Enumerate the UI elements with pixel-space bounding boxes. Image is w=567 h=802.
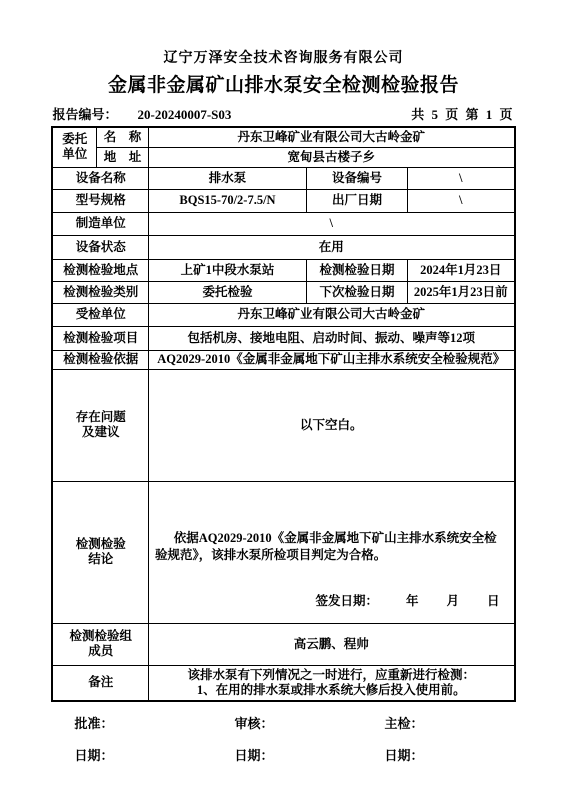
- device-no-value: \: [407, 167, 514, 189]
- status-value: 在用: [148, 235, 514, 259]
- row-remarks: 备注 该排水泵有下列情况之一时进行，应重新进行检测： 1、在用的排水泵或排水系统…: [52, 665, 514, 701]
- client-addr-value: 宽甸县古楼子乡: [148, 147, 514, 167]
- location-value: 上矿1中段水泵站: [148, 259, 306, 281]
- signature-footer: 批准： 审核： 主检： 日期： 日期： 日期：: [53, 713, 515, 764]
- model-label: 型号规格: [52, 189, 148, 212]
- sign-day-label: 日: [487, 594, 500, 609]
- sign-month-label: 月: [446, 594, 459, 609]
- items-label: 检测检验项目: [52, 326, 148, 350]
- problems-label: 存在问题 及建议: [52, 369, 148, 481]
- signature-date-row: 日期： 日期： 日期：: [53, 745, 515, 764]
- problems-value: 以下空白。: [148, 369, 514, 481]
- signature-row: 批准： 审核： 主检：: [53, 713, 515, 732]
- device-no-label: 设备编号: [306, 167, 407, 189]
- category-label: 检测检验类别: [52, 281, 148, 303]
- inspect-date-label: 检测检验日期: [306, 259, 407, 281]
- remarks-line-1: 该排水泵有下列情况之一时进行，应重新进行检测：: [151, 668, 512, 683]
- row-problems: 存在问题 及建议 以下空白。: [52, 369, 514, 481]
- row-inspected-unit: 受检单位 丹东卫峰矿业有限公司大古岭金矿: [52, 303, 514, 326]
- row-team: 检测检验组 成员 高云鹏、程帅: [52, 623, 514, 665]
- row-status: 设备状态 在用: [52, 235, 514, 259]
- inspected-unit-label: 受检单位: [52, 303, 148, 326]
- manufacturer-value: \: [148, 212, 514, 235]
- inspect-date-value: 2024年1月23日: [407, 259, 514, 281]
- report-no-label: 报告编号：: [53, 104, 118, 123]
- report-no-value: 20-20240007-S03: [138, 107, 232, 123]
- next-date-label: 下次检验日期: [306, 281, 407, 303]
- mfg-date-value: \: [407, 189, 514, 212]
- device-name-value: 排水泵: [148, 167, 306, 189]
- client-unit-label: 委托 单位: [52, 127, 96, 167]
- approve-date-label: 日期：: [75, 745, 235, 764]
- inspected-unit-value: 丹东卫峰矿业有限公司大古岭金矿: [148, 303, 514, 326]
- row-client-name: 委托 单位 名 称 丹东卫峰矿业有限公司大古岭金矿: [52, 127, 514, 147]
- device-name-label: 设备名称: [52, 167, 148, 189]
- team-members: 高云鹏、程帅: [148, 623, 514, 665]
- client-addr-label: 地 址: [96, 147, 148, 167]
- report-page: 辽宁万泽安全技术咨询服务有限公司 金属非金属矿山排水泵安全检测检验报告 报告编号…: [0, 0, 567, 802]
- row-manufacturer: 制造单位 \: [52, 212, 514, 235]
- sign-date-label: 签发日期：: [315, 594, 378, 609]
- report-title: 金属非金属矿山排水泵安全检测检验报告: [0, 75, 567, 96]
- row-category: 检测检验类别 委托检验 下次检验日期 2025年1月23日前: [52, 281, 514, 303]
- model-value: BQS15-70/2-7.5/N: [148, 189, 306, 212]
- location-label: 检测检验地点: [52, 259, 148, 281]
- sign-year-label: 年: [406, 594, 419, 609]
- manufacturer-label: 制造单位: [52, 212, 148, 235]
- basis-label: 检测检验依据: [52, 350, 148, 369]
- sign-date-row: 签发日期： 年 月 日: [151, 594, 512, 609]
- status-label: 设备状态: [52, 235, 148, 259]
- report-meta: 报告编号： 20-20240007-S03 共 5 页 第 1 页: [53, 104, 515, 123]
- conclusion-label: 检测检验 结论: [52, 481, 148, 623]
- row-device-name: 设备名称 排水泵 设备编号 \: [52, 167, 514, 189]
- conclusion-text: 依据AQ2029-2010《金属非金属地下矿山主排水系统安全检验规范》，该排水泵…: [155, 530, 502, 564]
- row-basis: 检测检验依据 AQ2029-2010《金属非金属地下矿山主排水系统安全检验规范》: [52, 350, 514, 369]
- company-name: 辽宁万泽安全技术咨询服务有限公司: [0, 0, 567, 67]
- report-table: 委托 单位 名 称 丹东卫峰矿业有限公司大古岭金矿 地 址 宽甸县古楼子乡 设备…: [51, 126, 515, 702]
- basis-value: AQ2029-2010《金属非金属地下矿山主排水系统安全检验规范》: [148, 350, 514, 369]
- remarks-label: 备注: [52, 665, 148, 701]
- client-name-value: 丹东卫峰矿业有限公司大古岭金矿: [148, 127, 514, 147]
- team-label: 检测检验组 成员: [52, 623, 148, 665]
- remarks-line-2: 1、在用的排水泵或排水系统大修后投入使用前。: [151, 683, 512, 698]
- chief-date-label: 日期：: [385, 745, 515, 764]
- items-value: 包括机房、接地电阻、启动时间、振动、噪声等12项: [148, 326, 514, 350]
- next-date-value: 2025年1月23日前: [407, 281, 514, 303]
- conclusion-cell: 依据AQ2029-2010《金属非金属地下矿山主排水系统安全检验规范》，该排水泵…: [148, 481, 514, 623]
- client-name-label: 名 称: [96, 127, 148, 147]
- row-items: 检测检验项目 包括机房、接地电阻、启动时间、振动、噪声等12项: [52, 326, 514, 350]
- chief-label: 主检：: [385, 713, 515, 732]
- row-location: 检测检验地点 上矿1中段水泵站 检测检验日期 2024年1月23日: [52, 259, 514, 281]
- row-conclusion: 检测检验 结论 依据AQ2029-2010《金属非金属地下矿山主排水系统安全检验…: [52, 481, 514, 623]
- category-value: 委托检验: [148, 281, 306, 303]
- review-date-label: 日期：: [235, 745, 385, 764]
- review-label: 审核：: [235, 713, 385, 732]
- row-client-addr: 地 址 宽甸县古楼子乡: [52, 147, 514, 167]
- approve-label: 批准：: [75, 713, 235, 732]
- page-info: 共 5 页 第 1 页: [411, 104, 514, 123]
- mfg-date-label: 出厂日期: [306, 189, 407, 212]
- row-model: 型号规格 BQS15-70/2-7.5/N 出厂日期 \: [52, 189, 514, 212]
- remarks-value: 该排水泵有下列情况之一时进行，应重新进行检测： 1、在用的排水泵或排水系统大修后…: [148, 665, 514, 701]
